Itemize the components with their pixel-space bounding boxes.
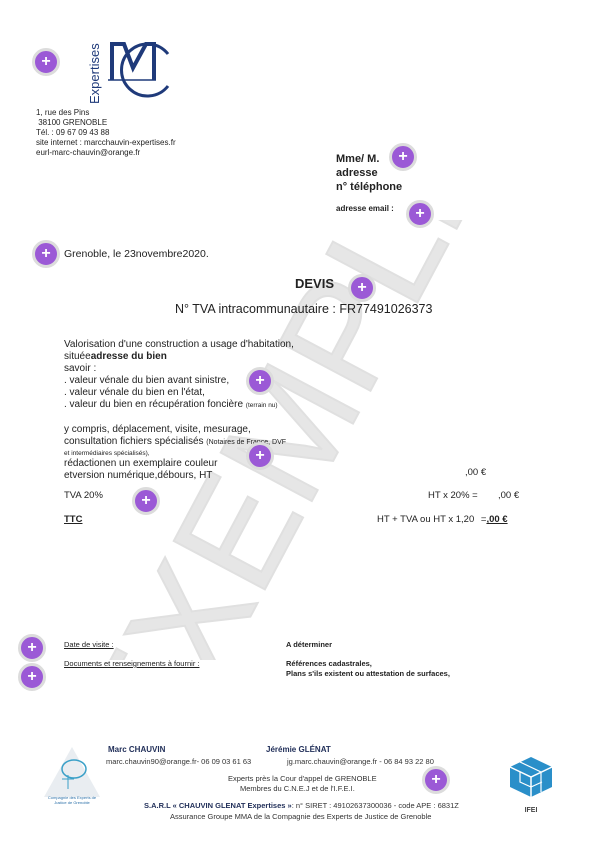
visit-date-value: A déterminer [286,640,332,649]
plus-icon: + [141,493,150,509]
plus-icon: + [357,280,366,296]
plus-icon: + [27,669,36,685]
add-button-documents[interactable]: + [18,663,46,691]
ht-value: ,00 € [465,467,486,478]
footer-court: Experts près la Cour d'appel de GRENOBLE [228,774,377,783]
experts-compagnie-logo: Compagnie des Experts de Justice de Gren… [42,745,102,805]
add-button-recipient[interactable]: + [389,143,417,171]
experts-compagnie-text: Compagnie des Experts de Justice de Gren… [42,795,102,805]
visit-date-label: Date de visite : [64,640,114,649]
add-button-tva[interactable]: + [132,487,160,515]
add-button-footer[interactable]: + [422,766,450,794]
plus-icon: + [398,149,407,165]
desc-line-2: situéeadresse du bien [64,351,294,363]
tva-value: ,00 € [498,490,519,501]
company-logo: Expertises [86,34,176,106]
cubes-logo-icon [508,755,554,799]
plus-icon: + [41,54,50,70]
address-city: 38100 GRENOBLE [36,118,176,128]
desc-line-1: Valorisation d'une construction a usage … [64,339,294,351]
plus-icon: + [41,246,50,262]
recipient-address: adresse [336,166,402,180]
footer-company: S.A.R.L « CHAUVIN GLENAT Expertises »: n… [144,801,459,810]
add-button-description[interactable]: + [246,367,274,395]
desc-item-3: . valeur du bien en récupération foncièr… [64,399,294,412]
ifei-logo: IFEI [508,755,554,815]
ifei-text: IFEI [508,807,554,814]
add-button-logo[interactable]: + [32,48,60,76]
plus-icon: + [415,206,424,222]
plus-icon: + [255,448,264,464]
documents-value: Références cadastrales, Plans s'ils exis… [286,659,450,679]
tva-label: TVA 20% [64,490,103,501]
person1-contact: marc.chauvin90@orange.fr- 06 09 03 61 63 [106,757,251,766]
property-address: adresse du bien [91,351,167,362]
documents-label: Documents et renseignements à fournir : [64,659,199,668]
address-street: 1, rue des Pins [36,108,176,118]
svg-text:Expertises: Expertises [87,43,102,104]
add-button-date[interactable]: + [32,240,60,268]
ttc-formula: HT + TVA ou HT x 1,20 =,00 € [377,514,508,525]
date-line: Grenoble, le 23novembre2020. [64,248,209,260]
plus-icon: + [431,772,440,788]
ttc-value: ,00 € [486,514,507,525]
mc-logo-icon: Expertises [86,34,176,106]
plus-icon: + [255,373,264,389]
add-button-services[interactable]: + [246,442,274,470]
vat-number: N° TVA intracommunautaire : FR7749102637… [175,302,432,316]
page-title: DEVIS [295,276,334,291]
address-phone: Tél. : 09 67 09 43 88 [36,128,176,138]
footer-members: Membres du C.N.E.J et de l'I.F.E.I. [240,784,355,793]
recipient-email-label: adresse email : [336,202,402,216]
address-website: site internet : marcchauvin-expertises.f… [36,138,176,148]
person2-name: Jérémie GLÉNAT [266,745,331,754]
recipient-phone: n° téléphone [336,180,402,194]
desc-p2-line-1: y compris, déplacement, visite, mesurage… [64,424,294,436]
footer-insurance: Assurance Groupe MMA de la Compagnie des… [170,812,431,821]
desc-p2-line-5: etversion numérique,débours, HT [64,470,294,482]
company-address: 1, rue des Pins 38100 GRENOBLE Tél. : 09… [36,108,176,158]
ttc-label: TTC [64,514,82,525]
add-button-visit-date[interactable]: + [18,634,46,662]
plus-icon: + [27,640,36,656]
add-button-email[interactable]: + [406,200,434,228]
tva-formula: HT x 20% = [428,490,478,501]
add-button-title[interactable]: + [348,274,376,302]
person2-contact: jg.marc.chauvin@orange.fr - 06 84 93 22 … [287,757,434,766]
person1-name: Marc CHAUVIN [108,745,165,754]
address-email: eurl-marc-chauvin@orange.fr [36,148,176,158]
